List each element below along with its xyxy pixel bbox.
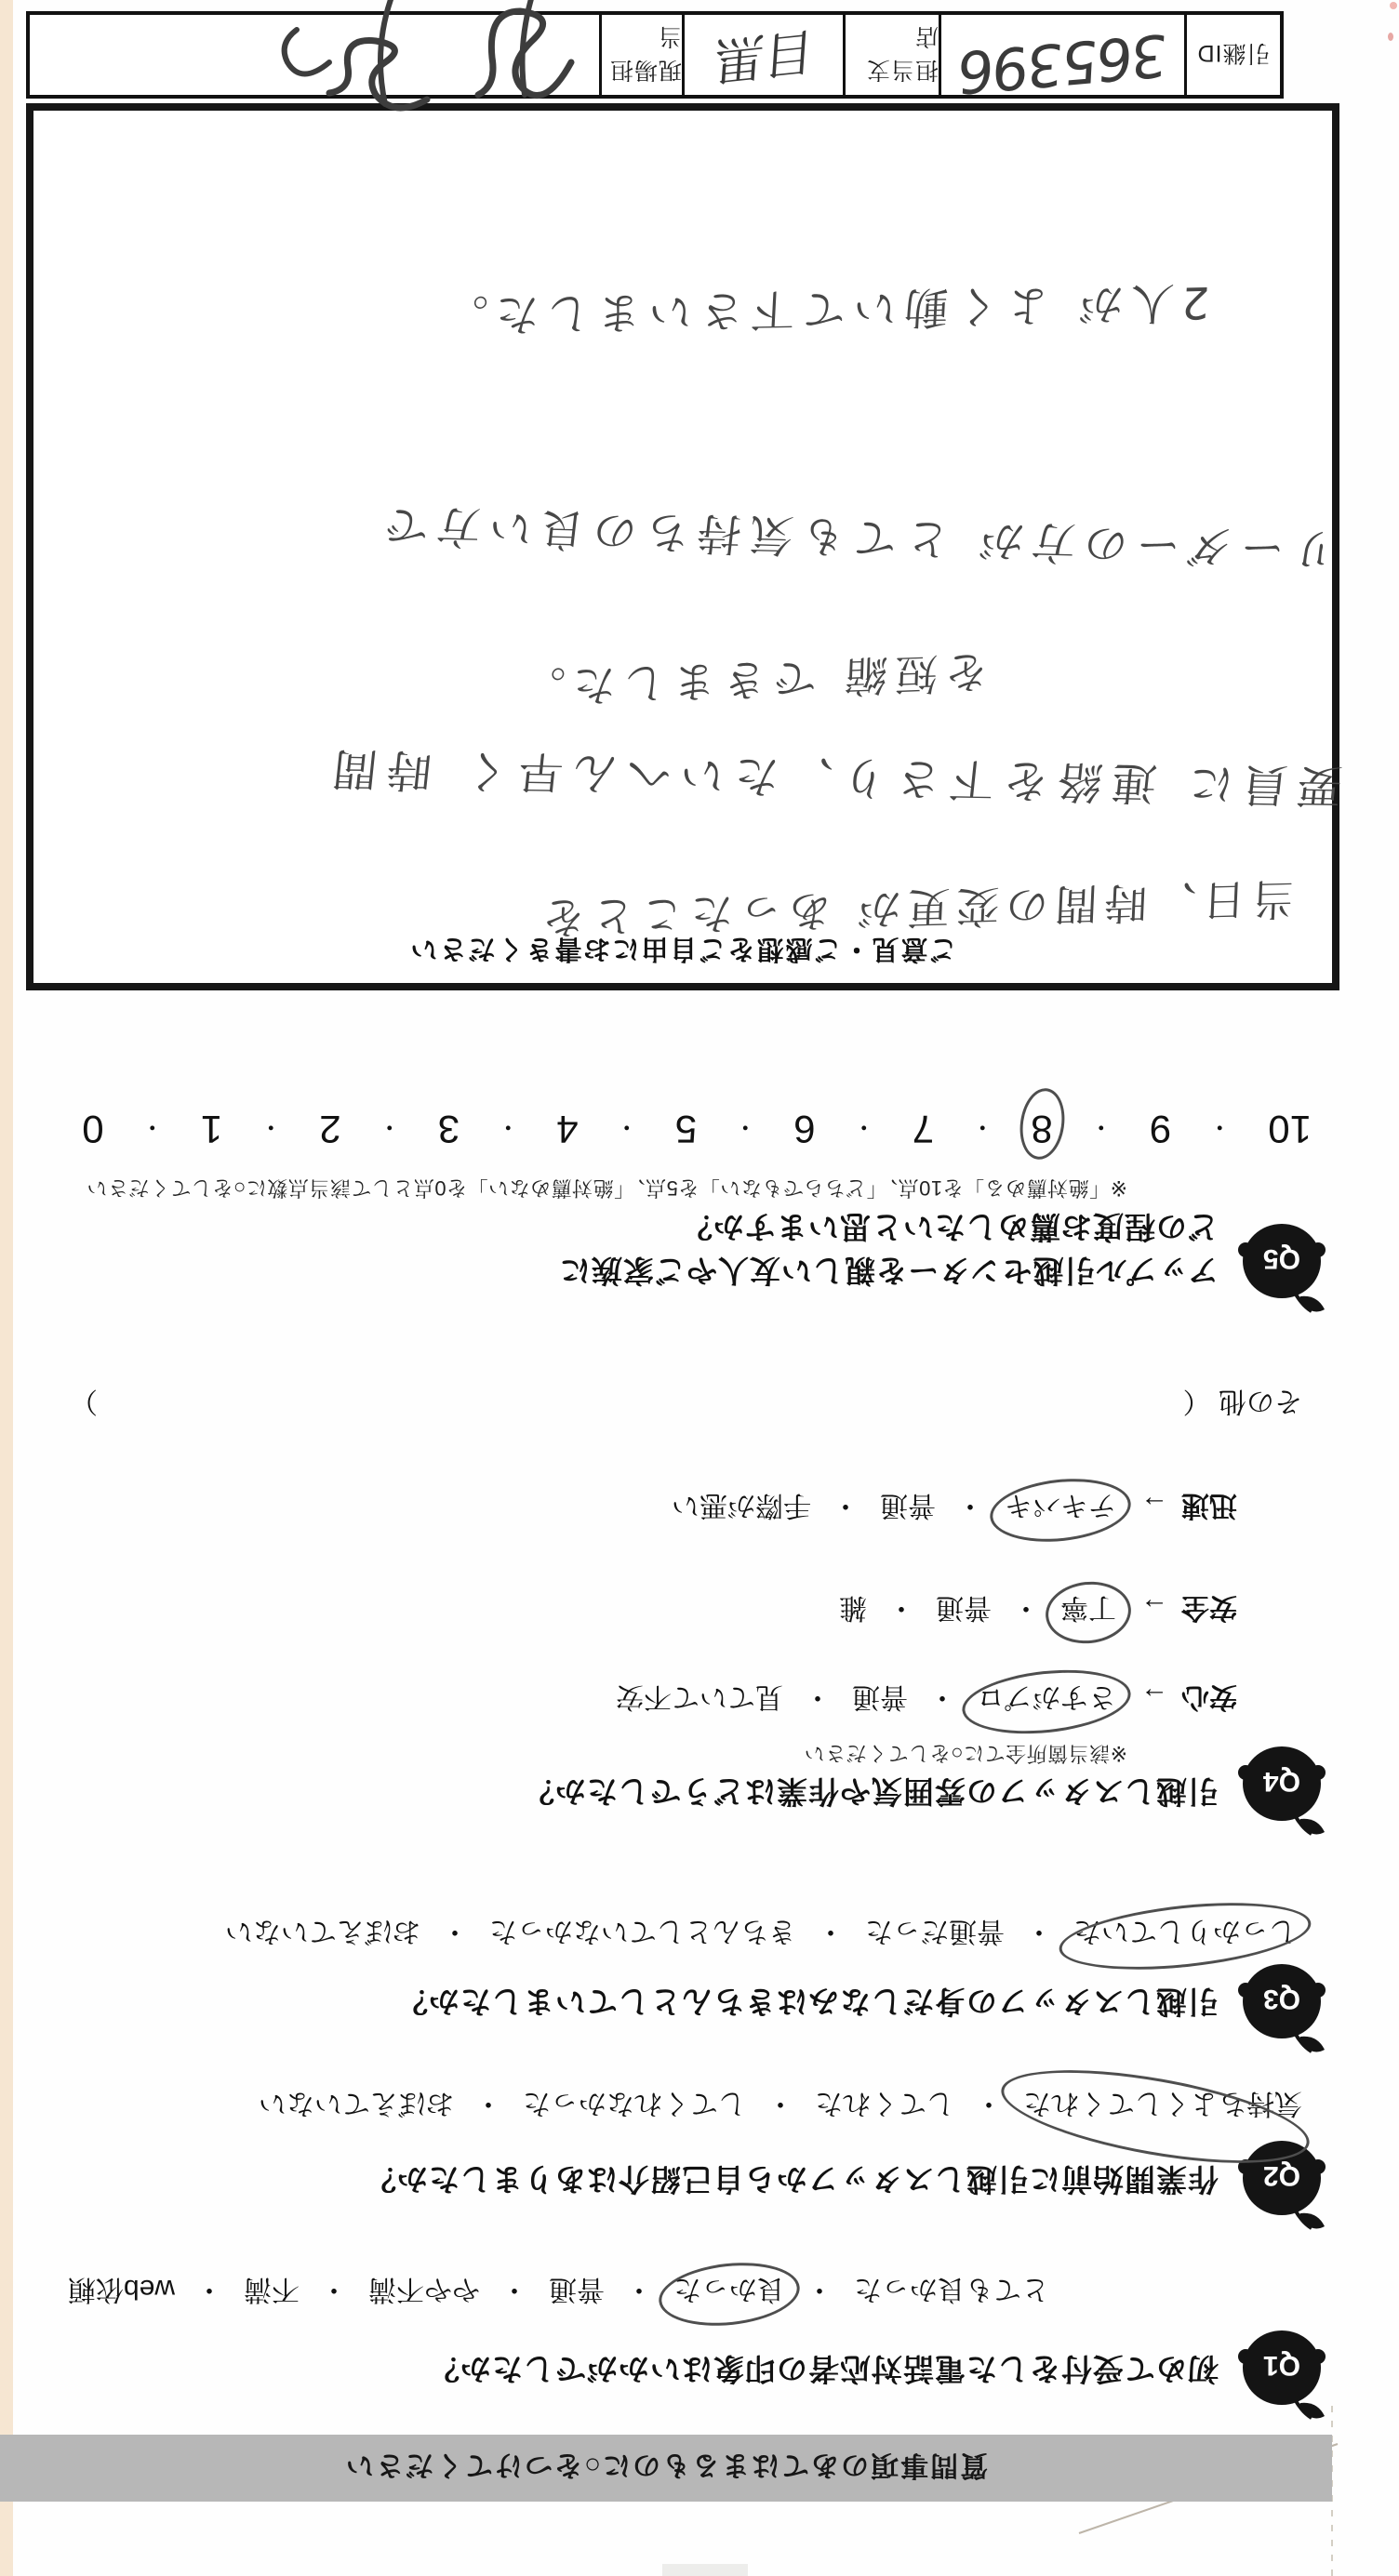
option-separator: ・ [441,1916,469,1946]
q5-mascot-icon: Q5 [1237,1222,1326,1319]
q4-option: 見ていて不安 [616,1681,783,1712]
q4-option: 雑 [839,1592,867,1623]
scan-speck [1390,2,1397,9]
scale-separator: ・ [378,1112,402,1147]
option-separator: ・ [1025,1916,1053,1946]
q1-option: 普通 [549,2274,605,2304]
q1-option: 不満 [244,2274,300,2304]
scale-separator: ・ [496,1112,520,1147]
q4-option: 普通 [852,1681,908,1712]
scale-value: 0 [82,1107,103,1151]
option-separator: ・ [195,2274,223,2304]
scale-value: 1 [201,1107,222,1151]
branch-label-cell: 担当支店 [843,15,939,95]
q4-row-anshin: 安心→さすがプロ・普通・見ていて不安 [616,1680,1237,1720]
branch-value-cell: 目黒 [682,15,843,95]
scale-value: 5 [675,1107,697,1151]
q5-note: ※「絶対薦める」を10点、「どちらでもない」を5点、「絶対薦めない」を0点として… [87,1175,1127,1203]
arrow-icon: → [1140,1592,1168,1623]
scale-value: 9 [1150,1107,1171,1151]
q4-other-label: その他 [1219,1386,1302,1416]
q2-option-selected: 気持ちよくしてくれた [1023,2086,1302,2127]
q4-row-label: 迅速 [1181,1490,1237,1520]
q4-option-selected: さすがプロ [977,1680,1116,1720]
q4-option: 普通 [880,1490,936,1520]
scale-value: 4 [556,1107,578,1151]
option-separator: ・ [625,2274,653,2304]
q1-badge: Q1 [1263,2350,1300,2381]
scale-separator: ・ [970,1112,994,1147]
q2-option: おぼえていない [259,2088,454,2118]
staff-label-cell: 現場担当 [599,15,682,95]
q3-title: 引越しスタッフの身だしなみはきちんとしていましたか？ [396,1982,1219,2025]
q2-option: してくれなかった [523,2088,746,2118]
q3-option: おぼえていない [225,1916,420,1946]
q4-row-jinsoku: 迅速→テキパキ・普通・手際が悪い [672,1488,1237,1529]
option-separator: ・ [887,1592,915,1623]
q1-option: やや不満 [368,2274,480,2304]
handwritten-branch-value: 目黒 [712,19,817,101]
scale-separator: ・ [1207,1112,1232,1147]
q1-title: 初めて受付をした電話対応者の印象はいかがでしたか？ [428,2349,1219,2393]
tape-mark [662,2564,748,2576]
q2-title: 作業開始前に引越しスタッフから自己紹介はありましたか？ [365,2159,1219,2203]
arrow-icon: → [1140,1681,1168,1712]
option-separator: ・ [832,1490,859,1520]
option-separator: ・ [500,2274,528,2304]
scale-value: 6 [793,1107,815,1151]
q5-badge: Q5 [1263,1243,1300,1274]
q4-other-row: その他 （ ） [70,1384,1302,1425]
handwritten-id-value: 365396 [957,20,1169,107]
option-separator: ・ [474,2088,502,2118]
scanner-edge-strip [0,0,13,2576]
q5-title-line2: どの程度お薦めしたいと思いますか？ [681,1207,1219,1251]
q2-options: 気持ちよくしてくれた・してくれた・してくれなかった・おぼえていない [259,2086,1302,2127]
handover-id-value-cell: 365396 [939,15,1184,95]
q4-mascot-icon: Q4 [1237,1745,1326,1841]
scale-value: 2 [319,1107,340,1151]
option-separator: ・ [956,1490,984,1520]
option-separator: ・ [766,2088,794,2118]
option-separator: ・ [928,1681,956,1712]
open-paren: （ [1183,1386,1211,1416]
scale-separator: ・ [259,1112,283,1147]
scanned-questionnaire: 質問事項のあてはまるものに○をつけてください Q1 初めて受付をした電話対応者の… [0,0,1399,2576]
q4-row-label: 安心 [1181,1681,1237,1712]
scale-value: 3 [438,1107,460,1151]
q4-option-selected: テキパキ [1005,1488,1116,1529]
option-separator: ・ [806,2274,833,2304]
q4-option-selected: 丁寧 [1060,1590,1116,1631]
scan-speck [1388,33,1393,41]
q5-nps-scale: 10・ 9・ 8・ 7・ 6・ 5・ 4・ 3・ 2・ 1・ 0 [82,1107,1312,1151]
q1-mascot-icon: Q1 [1237,2329,1326,2425]
close-paren: ） [70,1386,98,1416]
option-separator: ・ [1012,1592,1040,1623]
handover-id-label-cell: 引継ID [1184,15,1280,95]
q4-note: ※該当箇所全てに○をしてください [804,1740,1127,1769]
scale-value: 7 [913,1107,934,1151]
branch-label: 担当支店 [846,21,939,88]
scale-separator: ・ [1089,1112,1113,1147]
q4-badge: Q4 [1263,1766,1300,1797]
instruction-bar-text: 質問事項のあてはまるものに○をつけてください [344,2448,988,2489]
instruction-bar: 質問事項のあてはまるものに○をつけてください [0,2435,1332,2502]
q4-option: 普通 [936,1592,992,1623]
scale-separator: ・ [852,1112,876,1147]
q5-title-line1: アップル引越センターを親しい友人やご家族に [559,1251,1219,1295]
q1-options: とても良かった・良かった・普通・やや不満・不満・web依頼 [68,2272,1049,2313]
q3-option: 普通だった [865,1916,1005,1946]
handover-id-label: 引継ID [1197,38,1271,72]
q4-title: 引越しスタッフの雰囲気や作業はどうでしたか？ [523,1772,1219,1815]
scale-separator: ・ [140,1112,165,1147]
q1-option: web依頼 [68,2274,175,2304]
scale-separator: ・ [733,1112,757,1147]
staff-signature-cell [30,15,599,95]
option-separator: ・ [804,1681,832,1712]
option-separator: ・ [817,1916,845,1946]
option-separator: ・ [320,2274,348,2304]
option-separator: ・ [975,2088,1003,2118]
staff-signature-handwriting [180,0,608,151]
scale-value: 10 [1268,1107,1312,1151]
q1-option: とても良かった [854,2274,1049,2304]
q4-row-anzen: 安全→丁寧・普通・雑 [839,1590,1237,1631]
handover-table: 引継ID 365396 担当支店 目黒 現場担当 [26,11,1284,99]
q2-option: してくれた [815,2088,954,2118]
q4-row-label: 安全 [1181,1592,1237,1623]
scale-value-selected: 8 [1031,1107,1052,1151]
q1-option-selected: 良かった [673,2272,785,2313]
q4-option: 手際が悪い [672,1490,811,1520]
q2-badge: Q2 [1263,2160,1300,2191]
q3-option: きちんとしていなかった [489,1916,796,1946]
staff-label: 現場担当 [602,21,682,88]
q3-mascot-icon: Q3 [1237,1962,1326,2059]
arrow-icon: → [1140,1490,1168,1520]
q3-badge: Q3 [1263,1984,1300,2014]
scale-separator: ・ [615,1112,639,1147]
questionnaire-page-rotated-180: 質問事項のあてはまるものに○をつけてください Q1 初めて受付をした電話対応者の… [0,0,1399,2576]
q3-option-selected: しっかりしていた [1073,1914,1297,1955]
q3-options: しっかりしていた・普通だった・きちんとしていなかった・おぼえていない [225,1914,1297,1955]
